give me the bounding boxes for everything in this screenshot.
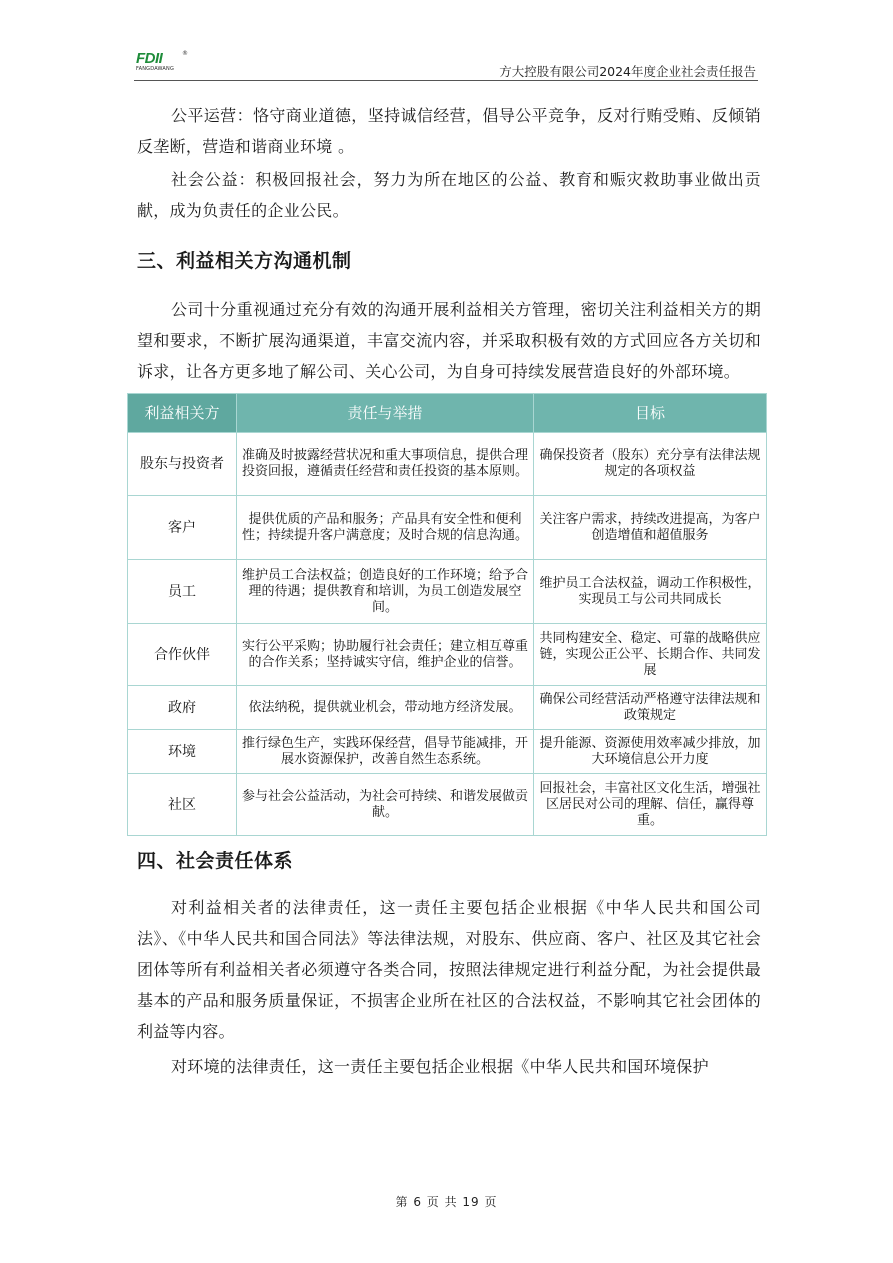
cell-party: 环境: [128, 730, 237, 774]
table-row: 环境 推行绿色生产，实践环保经营，倡导节能减排，开展水资源保护，改善自然生态系统…: [128, 730, 767, 774]
table-header-row: 利益相关方 责任与举措 目标: [128, 394, 767, 433]
column-header-party: 利益相关方: [128, 394, 237, 433]
page-header: FDII ® FANGDAWANG 方大控股有限公司2024年度企业社会责任报告: [134, 50, 758, 81]
paragraph-stakeholder-legal-duty: 对利益相关者的法律责任，这一责任主要包括企业根据《中华人民共和国公司法》、《中华…: [137, 892, 761, 1047]
cell-goal: 确保公司经营活动严格遵守法律法规和政策规定: [534, 686, 767, 730]
cell-party: 政府: [128, 686, 237, 730]
column-header-goal: 目标: [534, 394, 767, 433]
table-row: 合作伙伴 实行公平采购；协助履行社会责任；建立相互尊重的合作关系；坚持诚实守信，…: [128, 624, 767, 686]
cell-measures: 维护员工合法权益；创造良好的工作环境；给予合理的待遇；提供教育和培训，为员工创造…: [237, 560, 534, 624]
page-number: 第 6 页 共 19 页: [0, 1193, 893, 1210]
cell-measures: 依法纳税，提供就业机会，带动地方经济发展。: [237, 686, 534, 730]
cell-measures: 参与社会公益活动，为社会可持续、和谐发展做贡献。: [237, 774, 534, 836]
section-heading-3: 三、利益相关方沟通机制: [137, 246, 761, 276]
cell-measures: 准确及时披露经营状况和重大事项信息，提供合理投资回报，遵循责任经营和责任投资的基…: [237, 433, 534, 496]
table-row: 股东与投资者 准确及时披露经营状况和重大事项信息，提供合理投资回报，遵循责任经营…: [128, 433, 767, 496]
table-row: 社区 参与社会公益活动，为社会可持续、和谐发展做贡献。 回报社会，丰富社区文化生…: [128, 774, 767, 836]
cell-party: 合作伙伴: [128, 624, 237, 686]
table-row: 员工 维护员工合法权益；创造良好的工作环境；给予合理的待遇；提供教育和培训，为员…: [128, 560, 767, 624]
cell-goal: 维护员工合法权益，调动工作积极性，实现员工与公司共同成长: [534, 560, 767, 624]
cell-goal: 确保投资者（股东）充分享有法律法规规定的各项权益: [534, 433, 767, 496]
cell-party: 客户: [128, 496, 237, 560]
paragraph-social-welfare: 社会公益：积极回报社会，努力为所在地区的公益、教育和赈灾救助事业做出贡献，成为负…: [137, 164, 761, 226]
cell-measures: 推行绿色生产，实践环保经营，倡导节能减排，开展水资源保护，改善自然生态系统。: [237, 730, 534, 774]
logo-mark: FDII: [136, 52, 188, 66]
page-content: 公平运营：恪守商业道德，坚持诚信经营，倡导公平竞争，反对行贿受贿、反倾销反垄断，…: [137, 100, 761, 1082]
cell-measures: 实行公平采购；协助履行社会责任；建立相互尊重的合作关系；坚持诚实守信，维护企业的…: [237, 624, 534, 686]
logo-subtext: FANGDAWANG: [136, 66, 188, 72]
cell-goal: 共同构建安全、稳定、可靠的战略供应链，实现公正公平、长期合作、共同发展: [534, 624, 767, 686]
cell-goal: 关注客户需求，持续改进提高，为客户创造增值和超值服务: [534, 496, 767, 560]
paragraph-stakeholder-communication: 公司十分重视通过充分有效的沟通开展利益相关方管理，密切关注利益相关方的期望和要求…: [137, 294, 761, 387]
table-row: 客户 提供优质的产品和服务；产品具有安全性和便利性；持续提升客户满意度；及时合规…: [128, 496, 767, 560]
cell-party: 员工: [128, 560, 237, 624]
cell-party: 社区: [128, 774, 237, 836]
paragraph-fair-operation: 公平运营：恪守商业道德，坚持诚信经营，倡导公平竞争，反对行贿受贿、反倾销反垄断，…: [137, 100, 761, 162]
stakeholder-table: 利益相关方 责任与举措 目标 股东与投资者 准确及时披露经营状况和重大事项信息，…: [127, 393, 767, 836]
cell-party: 股东与投资者: [128, 433, 237, 496]
report-title: 方大控股有限公司2024年度企业社会责任报告: [499, 62, 756, 80]
registered-icon: ®: [182, 50, 188, 57]
company-logo: FDII ® FANGDAWANG: [136, 52, 188, 74]
section-heading-4: 四、社会责任体系: [137, 846, 761, 876]
cell-goal: 回报社会，丰富社区文化生活，增强社区居民对公司的理解、信任，赢得尊重。: [534, 774, 767, 836]
cell-goal: 提升能源、资源使用效率减少排放，加大环境信息公开力度: [534, 730, 767, 774]
paragraph-environment-legal-duty: 对环境的法律责任，这一责任主要包括企业根据《中华人民共和国环境保护: [137, 1051, 761, 1082]
column-header-measures: 责任与举措: [237, 394, 534, 433]
cell-measures: 提供优质的产品和服务；产品具有安全性和便利性；持续提升客户满意度；及时合规的信息…: [237, 496, 534, 560]
table-row: 政府 依法纳税，提供就业机会，带动地方经济发展。 确保公司经营活动严格遵守法律法…: [128, 686, 767, 730]
